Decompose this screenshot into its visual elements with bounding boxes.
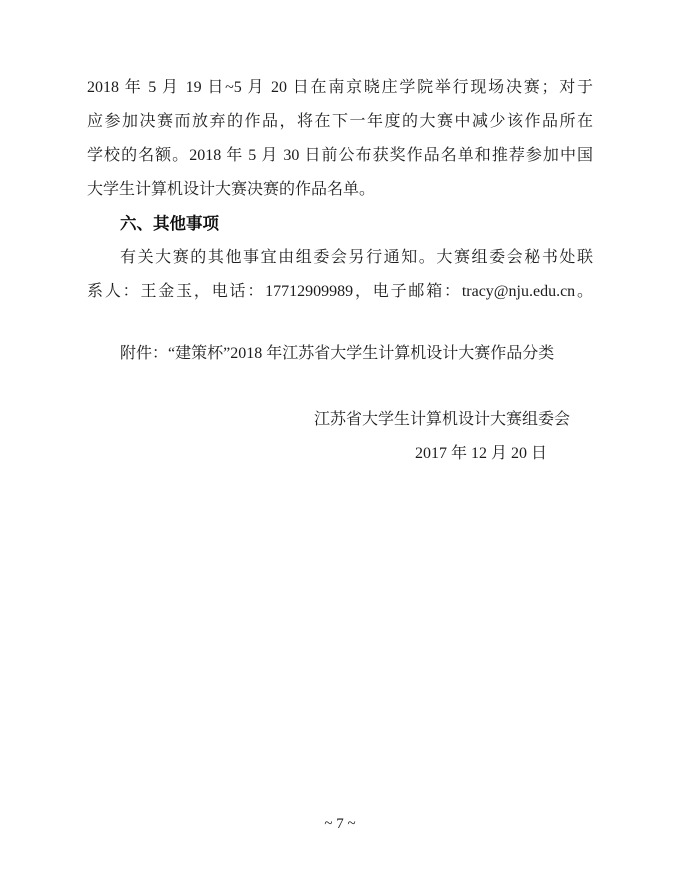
section-heading-other-matters: 六、其他事项 xyxy=(87,207,593,241)
page-number: ~ 7 ~ xyxy=(0,807,680,841)
paragraph-finals-line: 学校的名额。2018 年 5 月 30 日前公布获奖作品名单和推荐参加中国 xyxy=(87,139,593,173)
document-page: 2018 年 5 月 19 日~5 月 20 日在南京晓庄学院举行现场决赛；对于… xyxy=(0,0,680,881)
paragraph-finals-line: 应参加决赛而放弃的作品，将在下一年度的大赛中减少该作品所在 xyxy=(87,105,593,139)
paragraph-finals: 2018 年 5 月 19 日~5 月 20 日在南京晓庄学院举行现场决赛；对于… xyxy=(87,71,593,207)
attachment-line: 附件：“建策杯”2018 年江苏省大学生计算机设计大赛作品分类 xyxy=(87,337,593,371)
signature-organization: 江苏省大学生计算机设计大赛组委会 xyxy=(87,403,593,437)
paragraph-other-line: 有关大赛的其他事宜由组委会另行通知。大赛组委会秘书处联 xyxy=(87,241,593,275)
signature-block: 江苏省大学生计算机设计大赛组委会 2017 年 12 月 20 日 xyxy=(87,403,593,471)
signature-date: 2017 年 12 月 20 日 xyxy=(87,437,593,471)
paragraph-other-matters: 有关大赛的其他事宜由组委会另行通知。大赛组委会秘书处联 系人：王金玉，电话：17… xyxy=(87,241,593,309)
paragraph-finals-line: 2018 年 5 月 19 日~5 月 20 日在南京晓庄学院举行现场决赛；对于 xyxy=(87,71,593,105)
document-body: 2018 年 5 月 19 日~5 月 20 日在南京晓庄学院举行现场决赛；对于… xyxy=(87,71,593,471)
paragraph-finals-line: 大学生计算机设计大赛决赛的作品名单。 xyxy=(87,173,593,207)
paragraph-other-line: 系人：王金玉，电话：17712909989，电子邮箱：tracy@nju.edu… xyxy=(87,275,593,309)
